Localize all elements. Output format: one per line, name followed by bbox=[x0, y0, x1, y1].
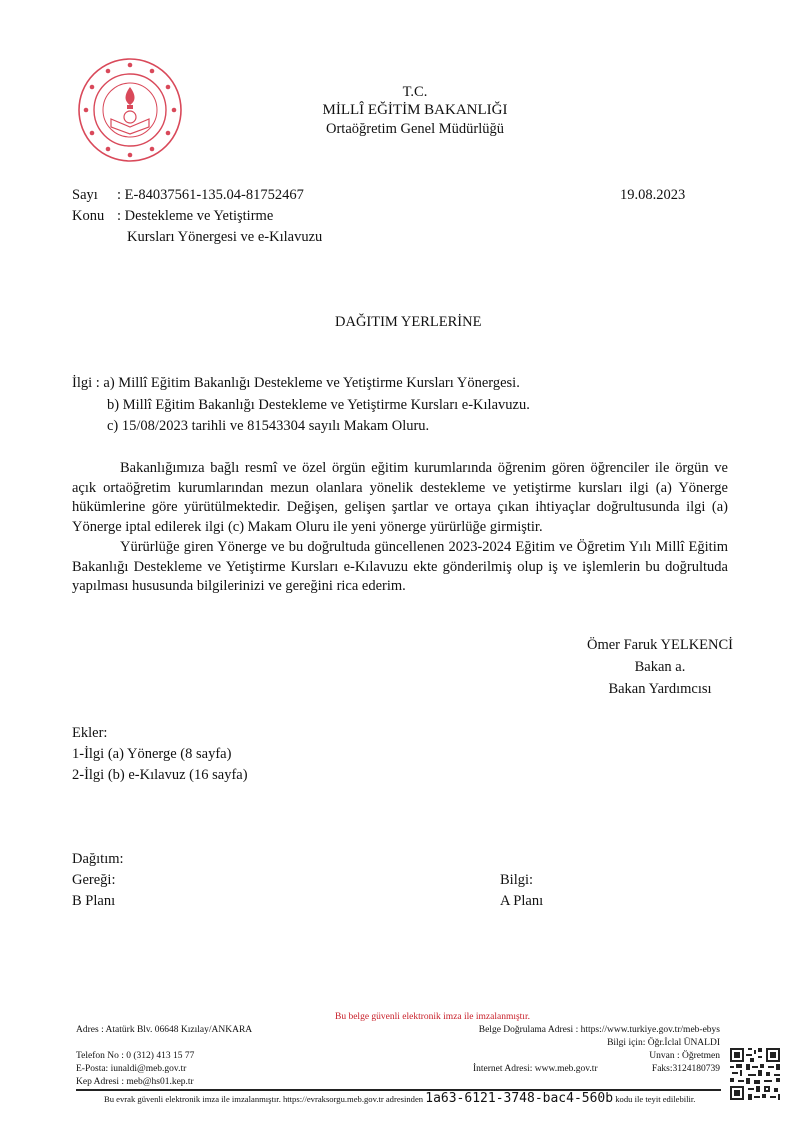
sayi-value: : E-84037561-135.04-81752467 bbox=[117, 186, 304, 204]
footer-unvan: Unvan : Öğretmen bbox=[649, 1050, 720, 1062]
footer-verify-address: Belge Doğrulama Adresi : https://www.tur… bbox=[479, 1024, 720, 1036]
footer-kep: Kep Adresi : meb@hs01.kep.tr bbox=[76, 1076, 194, 1088]
body-paragraph-2: Yürürlüğe giren Yönerge ve bu doğrultuda… bbox=[72, 538, 728, 597]
distribution-geregi-label: Gereği: bbox=[72, 871, 115, 889]
verification-prefix: Bu evrak güvenli elektronik imza ile imz… bbox=[104, 1094, 423, 1104]
signatory-title: Bakan Yardımcısı bbox=[540, 681, 780, 698]
body-paragraph-1: Bakanlığımıza bağlı resmî ve özel örgün … bbox=[72, 459, 728, 537]
footer-verification-line: Bu evrak güvenli elektronik imza ile imz… bbox=[104, 1091, 695, 1107]
signatory-name: Ömer Faruk YELKENCİ bbox=[540, 637, 780, 654]
footer-email: E-Posta: iunaldi@meb.gov.tr bbox=[76, 1063, 186, 1075]
distribution-geregi-value: B Planı bbox=[72, 892, 115, 910]
konu-line1: : Destekleme ve Yetiştirme bbox=[117, 207, 273, 225]
distribution-label: Dağıtım: bbox=[72, 850, 124, 868]
attachment-item: 2-İlgi (b) e-Kılavuz (16 sayfa) bbox=[72, 766, 248, 784]
footer-address: Adres : Atatürk Blv. 06648 Kızılay/ANKAR… bbox=[76, 1024, 252, 1036]
ministry-seal-icon bbox=[75, 57, 185, 163]
esign-notice: Bu belge güvenli elektronik imza ile imz… bbox=[335, 1011, 530, 1023]
document-date: 19.08.2023 bbox=[620, 186, 685, 204]
verification-code: 1a63-6121-3748-bac4-560b bbox=[425, 1091, 613, 1106]
body-paragraph-2-text: Yürürlüğe giren Yönerge ve bu doğrultuda… bbox=[72, 539, 728, 594]
header-ministry: MİLLÎ EĞİTİM BAKANLIĞI bbox=[250, 102, 580, 119]
konu-line2: Kursları Yönergesi ve e-Kılavuzu bbox=[127, 228, 322, 246]
body-paragraph-1-text: Bakanlığımıza bağlı resmî ve özel örgün … bbox=[72, 460, 728, 535]
sayi-label: Sayı bbox=[72, 186, 98, 204]
addressee: DAĞITIM YERLERİNE bbox=[335, 313, 481, 331]
footer-fax: Faks:3124180739 bbox=[652, 1063, 720, 1075]
footer-phone: Telefon No : 0 (312) 413 15 77 bbox=[76, 1050, 194, 1062]
footer-contact-person: Bilgi için: Öğr.İclal ÜNALDI bbox=[607, 1037, 720, 1049]
footer-internet: İnternet Adresi: www.meb.gov.tr bbox=[473, 1063, 598, 1075]
distribution-bilgi-value: A Planı bbox=[500, 892, 543, 910]
qr-code-icon bbox=[728, 1046, 782, 1102]
ilgi-b: b) Millî Eğitim Bakanlığı Destekleme ve … bbox=[107, 396, 530, 414]
attachments-label: Ekler: bbox=[72, 724, 107, 742]
header-tc: T.C. bbox=[250, 84, 580, 101]
attachment-item: 1-İlgi (a) Yönerge (8 sayfa) bbox=[72, 745, 231, 763]
distribution-bilgi-label: Bilgi: bbox=[500, 871, 533, 889]
verification-suffix: kodu ile teyit edilebilir. bbox=[615, 1094, 695, 1104]
ilgi-c: c) 15/08/2023 tarihli ve 81543304 sayılı… bbox=[107, 417, 429, 435]
konu-label: Konu bbox=[72, 207, 104, 225]
header-directorate: Ortaöğretim Genel Müdürlüğü bbox=[250, 121, 580, 138]
signatory-line2: Bakan a. bbox=[540, 659, 780, 676]
ilgi-a: İlgi : a) Millî Eğitim Bakanlığı Destekl… bbox=[72, 374, 520, 392]
